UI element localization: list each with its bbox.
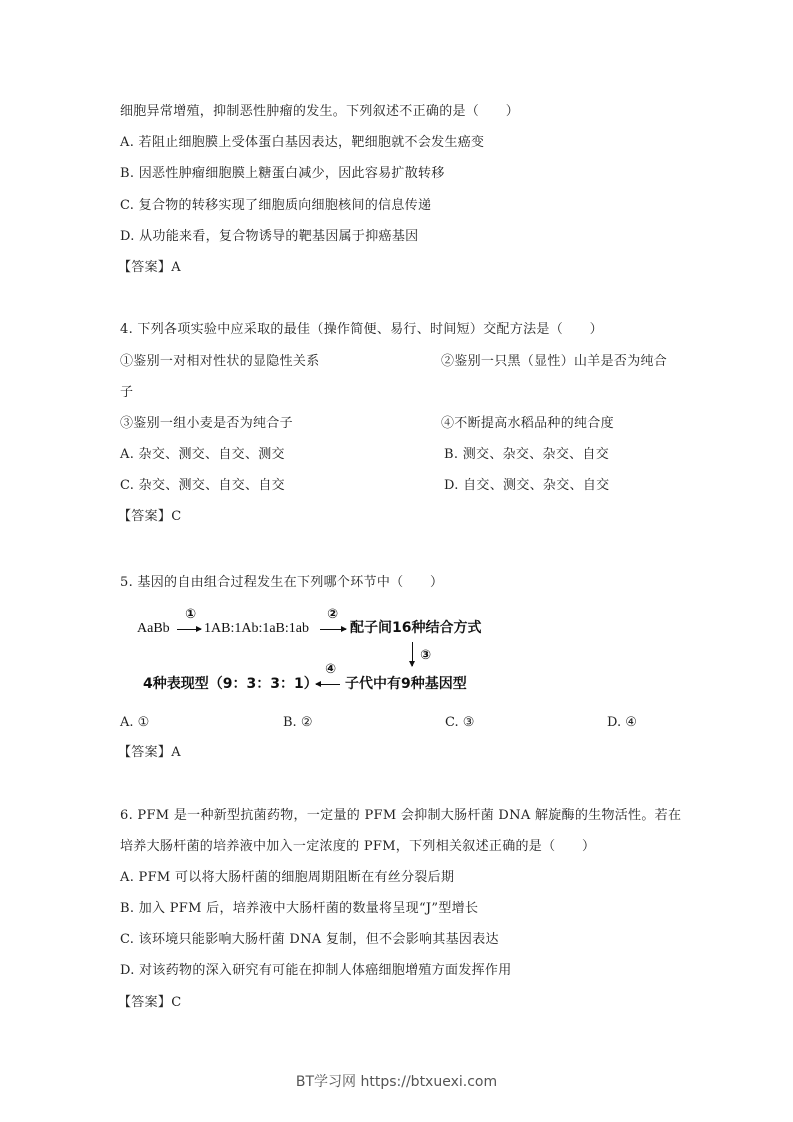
q3-stem: 细胞异常增殖，抑制恶性肿瘤的发生。下列叙述不正确的是（ ） xyxy=(120,104,519,120)
step-2-label: ② xyxy=(327,608,338,621)
q4-item-4: ④不断提高水稻品种的纯合度 xyxy=(441,416,614,432)
diagram-gametes: 1AB:1Ab:1aB:1ab xyxy=(204,621,309,637)
q6-stem-line-1: 6. PFM 是一种新型抗菌药物，一定量的 PFM 会抑制大肠杆菌 DNA 解旋… xyxy=(120,808,681,824)
diagram-start-genotype: AaBb xyxy=(137,621,170,637)
q4-item-2-wrap: 子 xyxy=(120,385,133,401)
diagram-phenotypes: 4种表现型（9：3：3：1） xyxy=(143,676,318,692)
footer-watermark: BT学习网 https://btxuexi.com xyxy=(0,1071,793,1091)
arrow-right-icon xyxy=(320,629,346,630)
q5-option-a: A. ① xyxy=(120,715,149,731)
q3-option-b: B. 因恶性肿瘤细胞膜上糖蛋白减少，因此容易扩散转移 xyxy=(120,166,445,182)
q4-option-a: A. 杂交、测交、自交、测交 xyxy=(120,447,285,463)
q4-option-d: D. 自交、测交、杂交、自交 xyxy=(444,478,609,494)
q3-option-c: C. 复合物的转移实现了细胞质向细胞核间的信息传递 xyxy=(120,198,431,214)
q5-stem: 5. 基因的自由组合过程发生在下列哪个环节中（ ） xyxy=(120,575,443,591)
step-4-label: ④ xyxy=(325,663,336,676)
diagram-combinations: 配子间16种结合方式 xyxy=(350,620,481,636)
q4-option-b: B. 测交、杂交、杂交、自交 xyxy=(444,447,609,463)
q3-answer: 【答案】A xyxy=(118,260,181,276)
free-combination-diagram: AaBb ① 1AB:1Ab:1aB:1ab ② 配子间16种结合方式 ③ 4种… xyxy=(130,605,500,697)
q6-stem-line-2: 培养大肠杆菌的培养液中加入一定浓度的 PFM，下列相关叙述正确的是（ ） xyxy=(120,839,595,855)
step-1-label: ① xyxy=(185,608,196,621)
q5-option-c: C. ③ xyxy=(445,715,474,731)
q6-answer: 【答案】C xyxy=(118,995,181,1011)
q4-item-1: ①鉴别一对相对性状的显隐性关系 xyxy=(120,354,320,370)
arrow-right-icon xyxy=(177,629,201,630)
q6-option-a: A. PFM 可以将大肠杆菌的细胞周期阻断在有丝分裂后期 xyxy=(120,870,454,886)
q4-item-2: ②鉴别一只黑（显性）山羊是否为纯合 xyxy=(441,354,667,370)
q4-item-3: ③鉴别一组小麦是否为纯合子 xyxy=(120,416,293,432)
diagram-genotypes: 子代中有9种基因型 xyxy=(345,676,467,692)
q6-option-b: B. 加入 PFM 后，培养液中大肠杆菌的数量将呈现“J”型增长 xyxy=(120,901,478,917)
arrow-down-icon xyxy=(412,642,413,666)
q5-answer: 【答案】A xyxy=(118,745,181,761)
arrow-left-icon xyxy=(316,684,340,685)
q4-option-c: C. 杂交、测交、自交、自交 xyxy=(120,478,285,494)
q6-option-d: D. 对该药物的深入研究有可能在抑制人体癌细胞增殖方面发挥作用 xyxy=(120,963,512,979)
q5-option-d: D. ④ xyxy=(607,715,637,731)
q3-option-a: A. 若阻止细胞膜上受体蛋白基因表达，靶细胞就不会发生癌变 xyxy=(120,135,484,151)
q3-option-d: D. 从功能来看，复合物诱导的靶基因属于抑癌基因 xyxy=(120,229,418,245)
step-3-label: ③ xyxy=(420,649,431,662)
q4-answer: 【答案】C xyxy=(118,509,181,525)
q6-option-c: C. 该环境只能影响大肠杆菌 DNA 复制，但不会影响其基因表达 xyxy=(120,932,499,948)
q4-stem: 4. 下列各项实验中应采取的最佳（操作简便、易行、时间短）交配方法是（ ） xyxy=(120,322,603,338)
q5-option-b: B. ② xyxy=(283,715,312,731)
